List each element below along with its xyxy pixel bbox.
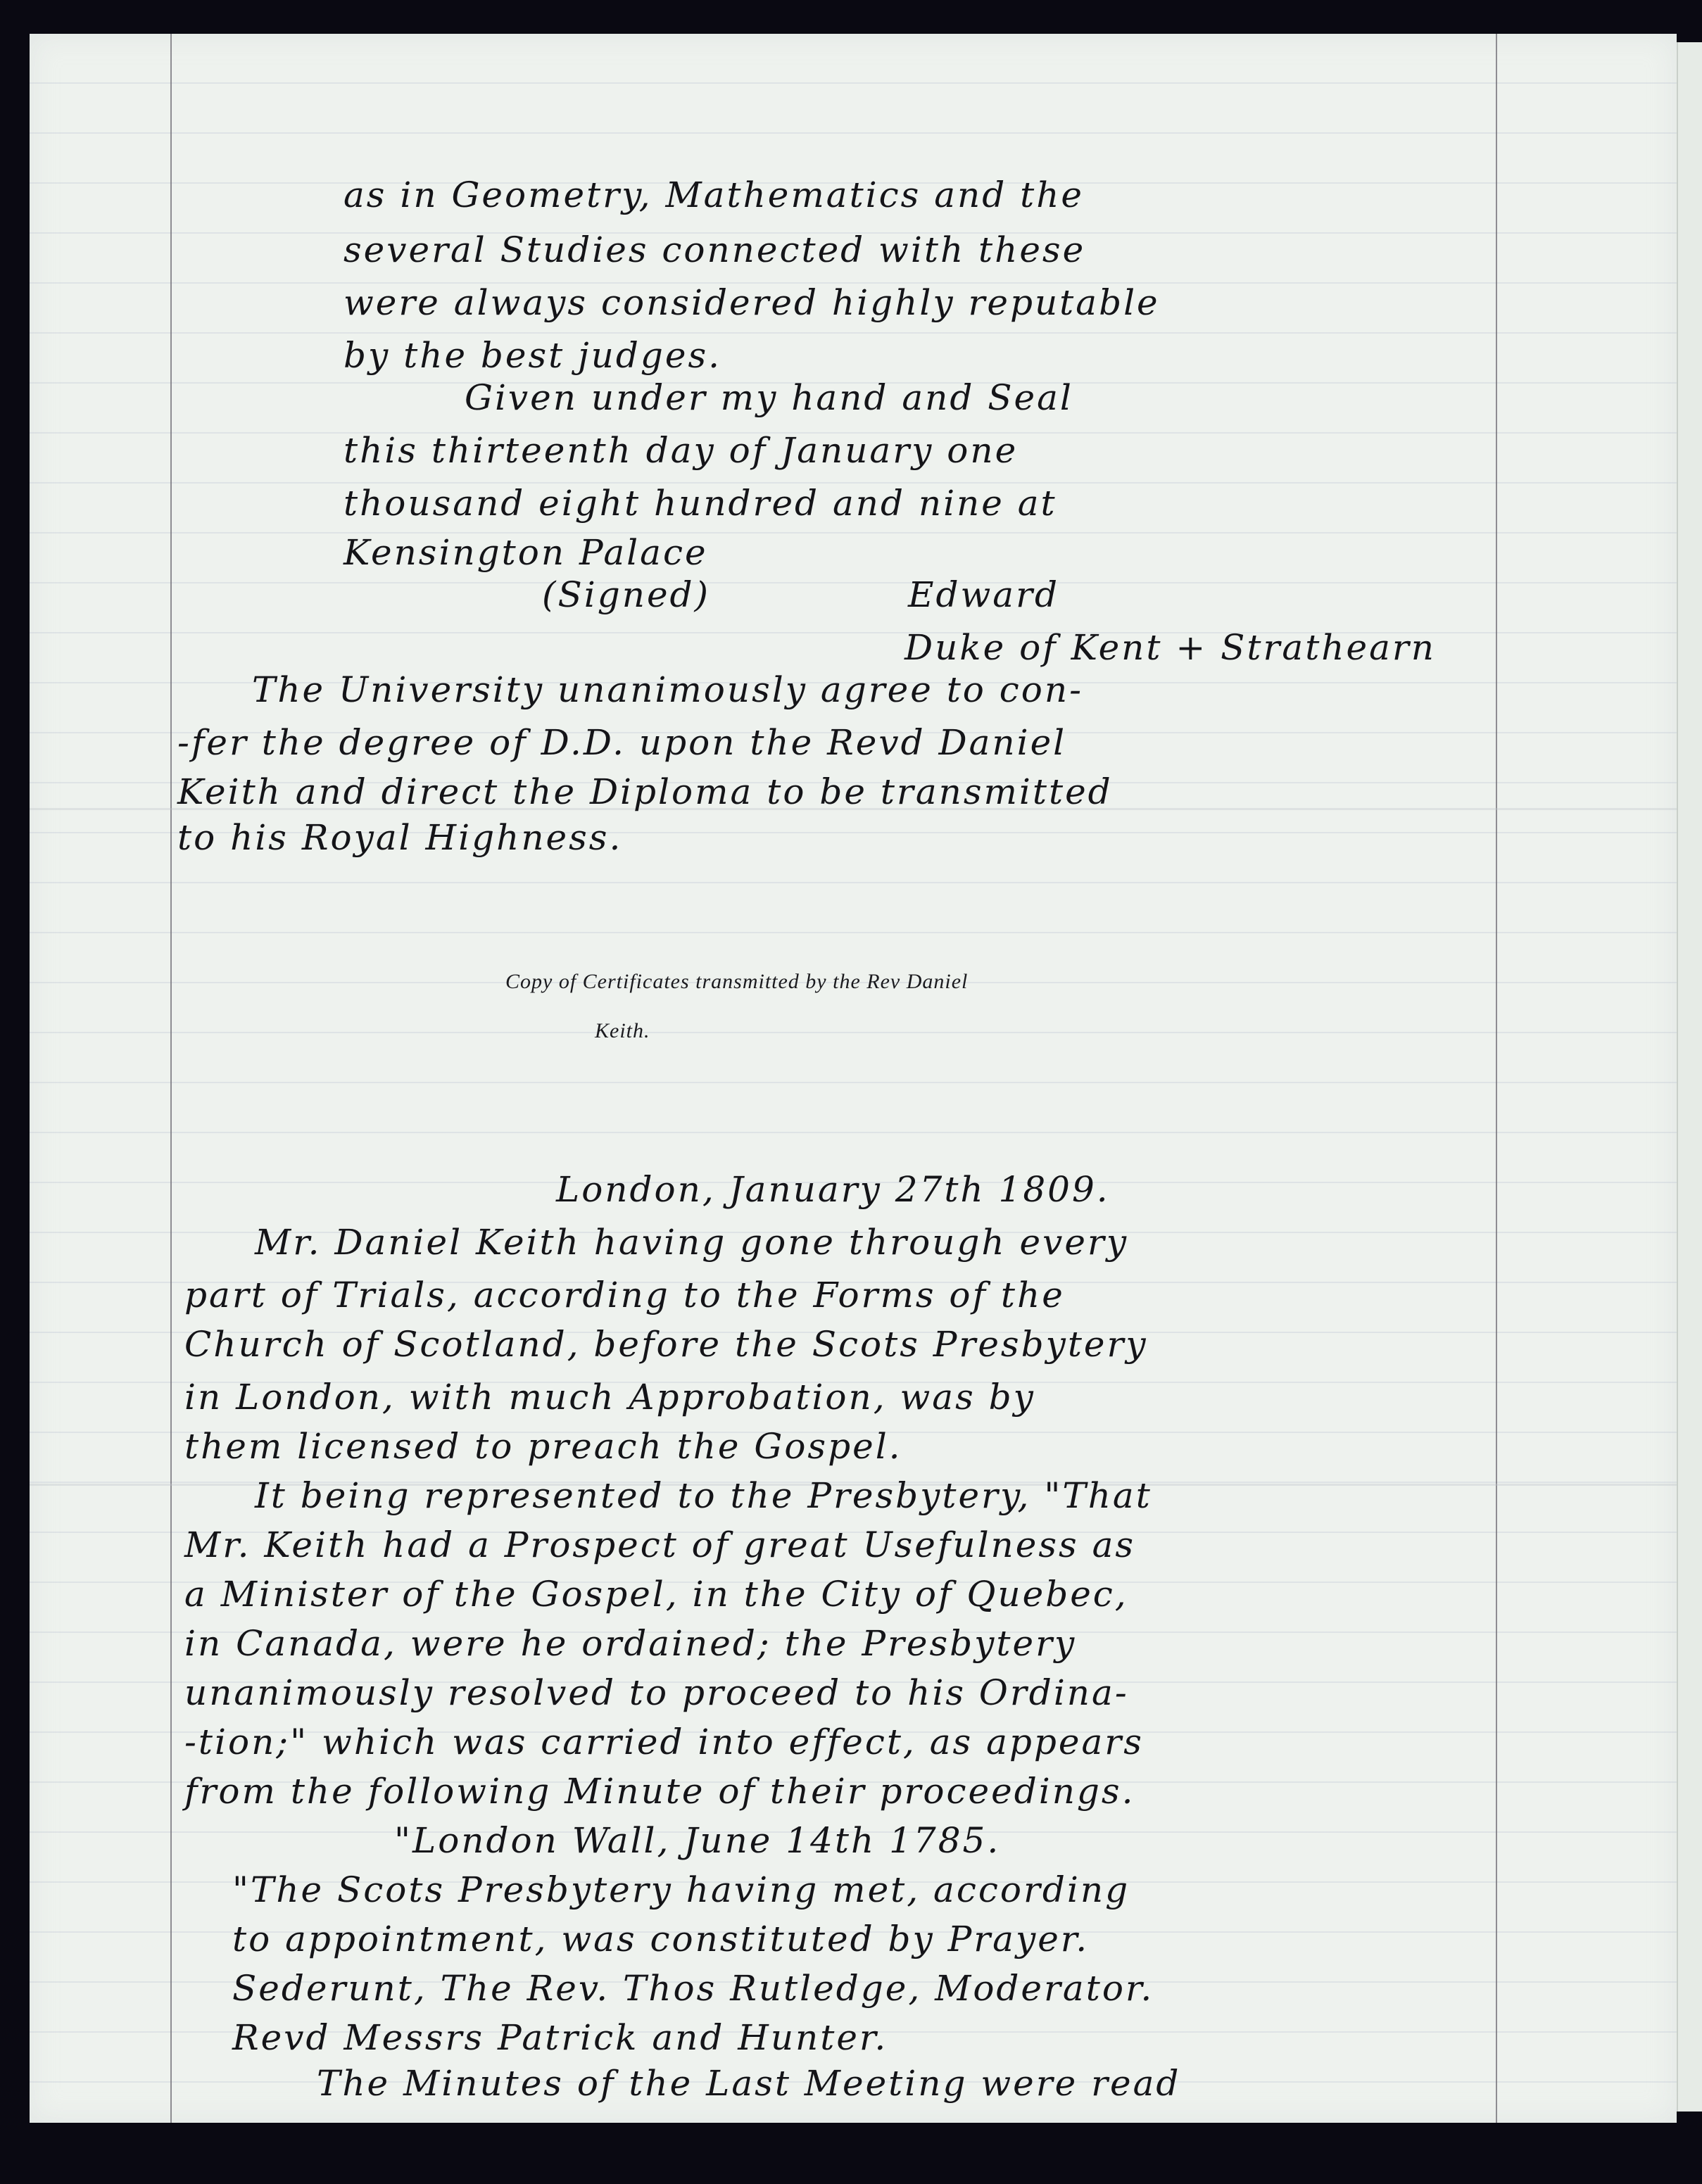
text-line: in London, with much Approbation, was by: [184, 1380, 1035, 1415]
text-line: unanimously resolved to proceed to his O…: [184, 1675, 1129, 1710]
left-margin-rule: [170, 34, 172, 2123]
text-line: The Minutes of the Last Meeting were rea…: [317, 2066, 1180, 2101]
text-line: Mr. Daniel Keith having gone through eve…: [255, 1225, 1128, 1260]
text-line: were always considered highly reputable: [343, 285, 1160, 320]
text-line: by the best judges.: [343, 338, 721, 373]
signatory-title: Duke of Kent + Strathearn: [904, 630, 1436, 665]
text-line: several Studies connected with these: [343, 232, 1085, 267]
text-line: to his Royal Highness.: [177, 820, 622, 855]
text-line: The University unanimously agree to con-: [252, 672, 1083, 707]
text-line: this thirteenth day of January one: [343, 433, 1018, 468]
right-margin-rule: [1496, 34, 1497, 2123]
text-line: Revd Messrs Patrick and Hunter.: [232, 2020, 888, 2055]
text-line: Given under my hand and Seal: [465, 380, 1073, 415]
text-line: part of Trials, according to the Forms o…: [184, 1277, 1065, 1313]
text-line: Keith and direct the Diploma to be trans…: [177, 774, 1113, 809]
note-line: Keith.: [595, 1019, 650, 1043]
text-line: them licensed to preach the Gospel.: [184, 1429, 902, 1464]
text-line: from the following Minute of their proce…: [184, 1774, 1135, 1809]
text-line: in Canada, were he ordained; the Presbyt…: [184, 1626, 1076, 1661]
signed-label: (Signed): [542, 577, 710, 612]
text-line: Kensington Palace: [343, 535, 708, 570]
minute-dateline: "London Wall, June 14th 1785.: [394, 1823, 1000, 1858]
text-line: -fer the degree of D.D. upon the Revd Da…: [177, 725, 1066, 760]
text-line: It being represented to the Presbytery, …: [255, 1478, 1152, 1513]
dateline: London, January 27th 1809.: [556, 1172, 1110, 1207]
note-line: Copy of Certificates transmitted by the …: [505, 970, 968, 994]
facing-page-edge: [1677, 42, 1702, 2112]
text-line: "The Scots Presbytery having met, accord…: [232, 1872, 1130, 1907]
text-line: -tion;" which was carried into effect, a…: [184, 1724, 1144, 1760]
text-line: Sederunt, The Rev. Thos Rutledge, Modera…: [232, 1971, 1154, 2006]
text-line: Church of Scotland, before the Scots Pre…: [184, 1327, 1148, 1362]
text-line: as in Geometry, Mathematics and the: [343, 177, 1084, 213]
signatory-name: Edward: [908, 577, 1059, 612]
text-line: thousand eight hundred and nine at: [343, 486, 1057, 521]
text-line: Mr. Keith had a Prospect of great Useful…: [184, 1527, 1135, 1563]
text-line: a Minister of the Gospel, in the City of…: [184, 1577, 1128, 1612]
text-line: to appointment, was constituted by Praye…: [232, 1921, 1089, 1957]
